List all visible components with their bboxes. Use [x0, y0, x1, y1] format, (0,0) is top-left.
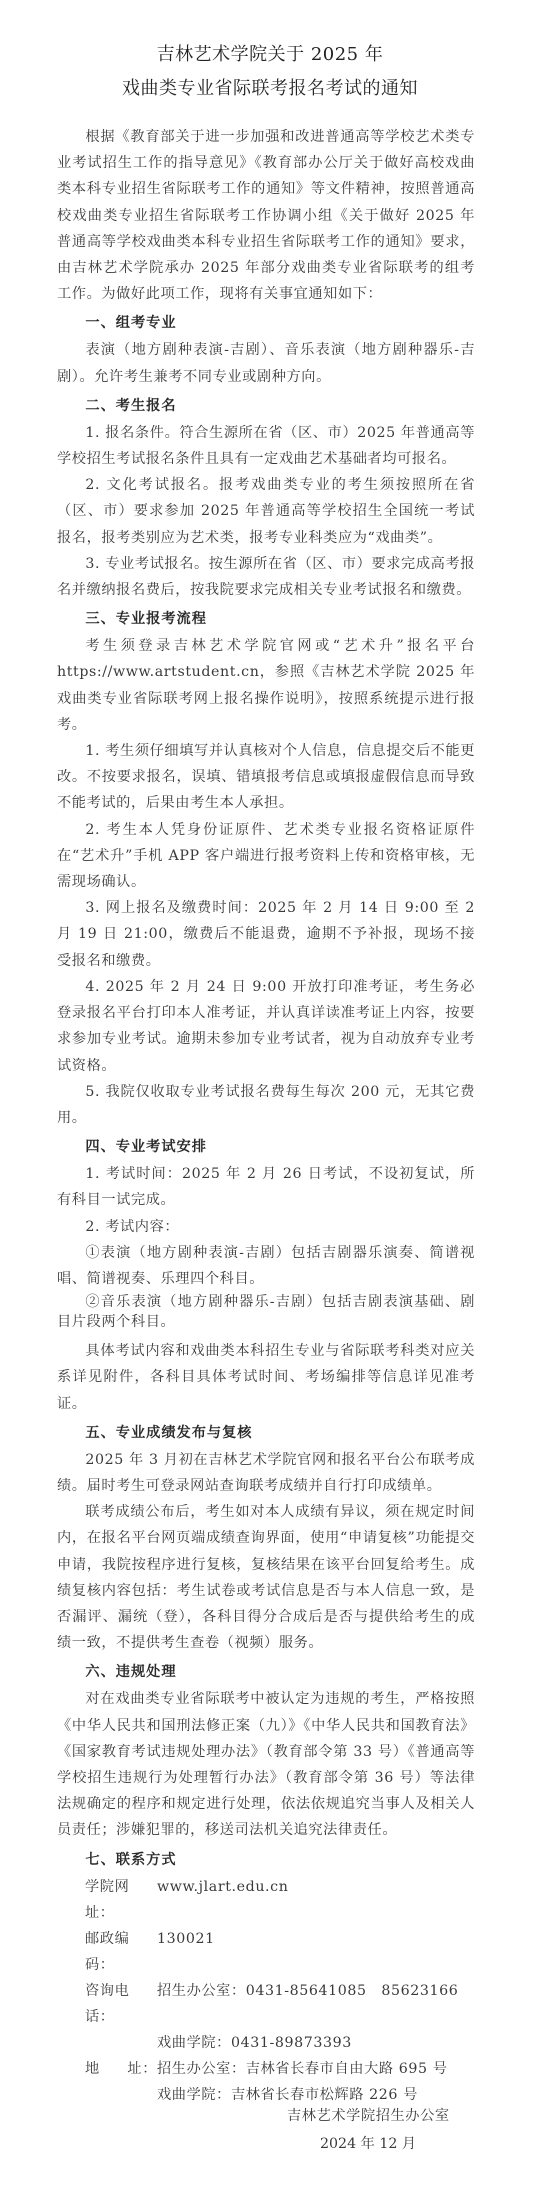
section-5-paragraph-2: 联考成绩公布后，考生如对本人成绩有异议，须在规定时间内，在报名平台网页端成绩查询… — [57, 1499, 475, 1656]
contact-phone-row: 咨询电话： 招生办公室：0431-85641085 85623166 — [85, 1978, 475, 2030]
title-line-1: 吉林艺术学院关于 2025 年 — [0, 38, 540, 72]
phone-opera-value: 戏曲学院：0431-89873393 — [157, 2030, 475, 2056]
section-2-paragraph-1: 1. 报名条件。符合生源所在省（区、市）2025 年普通高等学校招生考试报名条件… — [57, 420, 475, 472]
address-label: 地 址： — [85, 2056, 157, 2082]
contact-website-row: 学院网址： www.jlart.edu.cn — [85, 1874, 475, 1926]
indent-spacer — [85, 2030, 157, 2056]
section-heading-6: 六、违规处理 — [57, 1658, 475, 1686]
website-link[interactable]: www.jlart.edu.cn — [157, 1874, 475, 1926]
section-3-paragraph-1: 考生须登录吉林艺术学院官网或“艺术升”报名平台 https://www.arts… — [57, 633, 475, 738]
section-4-paragraph-4: ②音乐表演（地方剧种器乐-吉剧）包括吉剧表演基础、剧目片段两个科目。 — [57, 1292, 475, 1332]
section-4-paragraph-3: ①表演（地方剧种表演-吉剧）包括吉剧器乐演奏、简谱视唱、简谱视奏、乐理四个科目。 — [57, 1240, 475, 1292]
indent-spacer — [85, 2082, 157, 2108]
section-4-paragraph-5: 具体考试内容和戏曲类本科招生专业与省际联考科类对应关系详见附件，各科目具体考试时… — [57, 1338, 475, 1417]
section-heading-7: 七、联系方式 — [57, 1846, 475, 1874]
section-4-paragraph-2: 2. 考试内容： — [57, 1214, 475, 1240]
section-3-paragraph-2: 1. 考生须仔细填写并认真核对个人信息，信息提交后不能更改。不按要求报名，误填、… — [57, 738, 475, 817]
signature-date: 2024 年 12 月 — [320, 2130, 416, 2158]
section-5-paragraph-1: 2025 年 3 月初在吉林艺术学院官网和报名平台公布联考成绩。届时考生可登录网… — [57, 1447, 475, 1499]
section-3-paragraph-5: 4. 2025 年 2 月 24 日 9:00 开放打印准考证，考生务必登录报名… — [57, 974, 475, 1079]
section-6-paragraph-1: 对在戏曲类专业省际联考中被认定为违规的考生，严格按照《中华人民共和国刑法修正案（… — [57, 1686, 475, 1843]
notice-title: 吉林艺术学院关于 2025 年 戏曲类专业省际联考报名考试的通知 — [0, 38, 540, 106]
contact-phone-opera-row: 戏曲学院：0431-89873393 — [85, 2030, 475, 2056]
section-heading-5: 五、专业成绩发布与复核 — [57, 1419, 475, 1447]
signature-org: 吉林艺术学院招生办公室 — [287, 2102, 450, 2130]
address-label-char-1: 地 — [85, 2056, 100, 2082]
contact-address-row: 地 址： 招生办公室：吉林省长春市自由大路 695 号 — [85, 2056, 475, 2082]
notice-document: 吉林艺术学院关于 2025 年 戏曲类专业省际联考报名考试的通知 根据《教育部关… — [57, 0, 475, 2108]
section-heading-3: 三、专业报考流程 — [57, 605, 475, 633]
section-4-paragraph-1: 1. 考试时间：2025 年 2 月 26 日考试，不设初复试，所有科目一试完成… — [57, 1161, 475, 1213]
section-3-paragraph-6: 5. 我院仅收取专业考试报名费每生每次 200 元，无其它费用。 — [57, 1079, 475, 1131]
phone-office-value: 招生办公室：0431-85641085 85623166 — [157, 1978, 475, 2030]
phone-label: 咨询电话： — [85, 1978, 157, 2030]
contact-postcode-row: 邮政编码： 130021 — [85, 1926, 475, 1978]
section-1-paragraph-1: 表演（地方剧种表演-吉剧）、音乐表演（地方剧种器乐-吉剧）。允许考生兼考不同专业… — [57, 337, 475, 389]
section-heading-2: 二、考生报名 — [57, 392, 475, 420]
section-2-paragraph-2: 2. 文化考试报名。报考戏曲类专业的考生须按照所在省（区、市）要求参加 2025… — [57, 472, 475, 551]
address-office-value: 招生办公室：吉林省长春市自由大路 695 号 — [157, 2056, 475, 2082]
section-3-paragraph-3: 2. 考生本人凭身份证原件、艺术类专业报名资格证原件在“艺术升”手机 APP 客… — [57, 817, 475, 896]
postcode-label: 邮政编码： — [85, 1926, 157, 1978]
title-line-2: 戏曲类专业省际联考报名考试的通知 — [0, 72, 540, 106]
section-heading-1: 一、组考专业 — [57, 309, 475, 337]
section-3-paragraph-4: 3. 网上报名及缴费时间：2025 年 2 月 14 日 9:00 至 2 月 … — [57, 895, 475, 974]
section-heading-4: 四、专业考试安排 — [57, 1133, 475, 1161]
section-2-paragraph-3: 3. 专业考试报名。按生源所在省（区、市）要求完成高考报名并缴纳报名费后，按我院… — [57, 551, 475, 603]
postcode-value: 130021 — [157, 1926, 475, 1978]
notice-body: 根据《教育部关于进一步加强和改进普通高等学校艺术类专业考试招生工作的指导意见》《… — [57, 124, 475, 2108]
contact-info: 学院网址： www.jlart.edu.cn 邮政编码： 130021 咨询电话… — [57, 1874, 475, 2108]
website-label: 学院网址： — [85, 1874, 157, 1926]
intro-paragraph: 根据《教育部关于进一步加强和改进普通高等学校艺术类专业考试招生工作的指导意见》《… — [57, 124, 475, 307]
address-label-char-2: 址： — [127, 2056, 157, 2082]
